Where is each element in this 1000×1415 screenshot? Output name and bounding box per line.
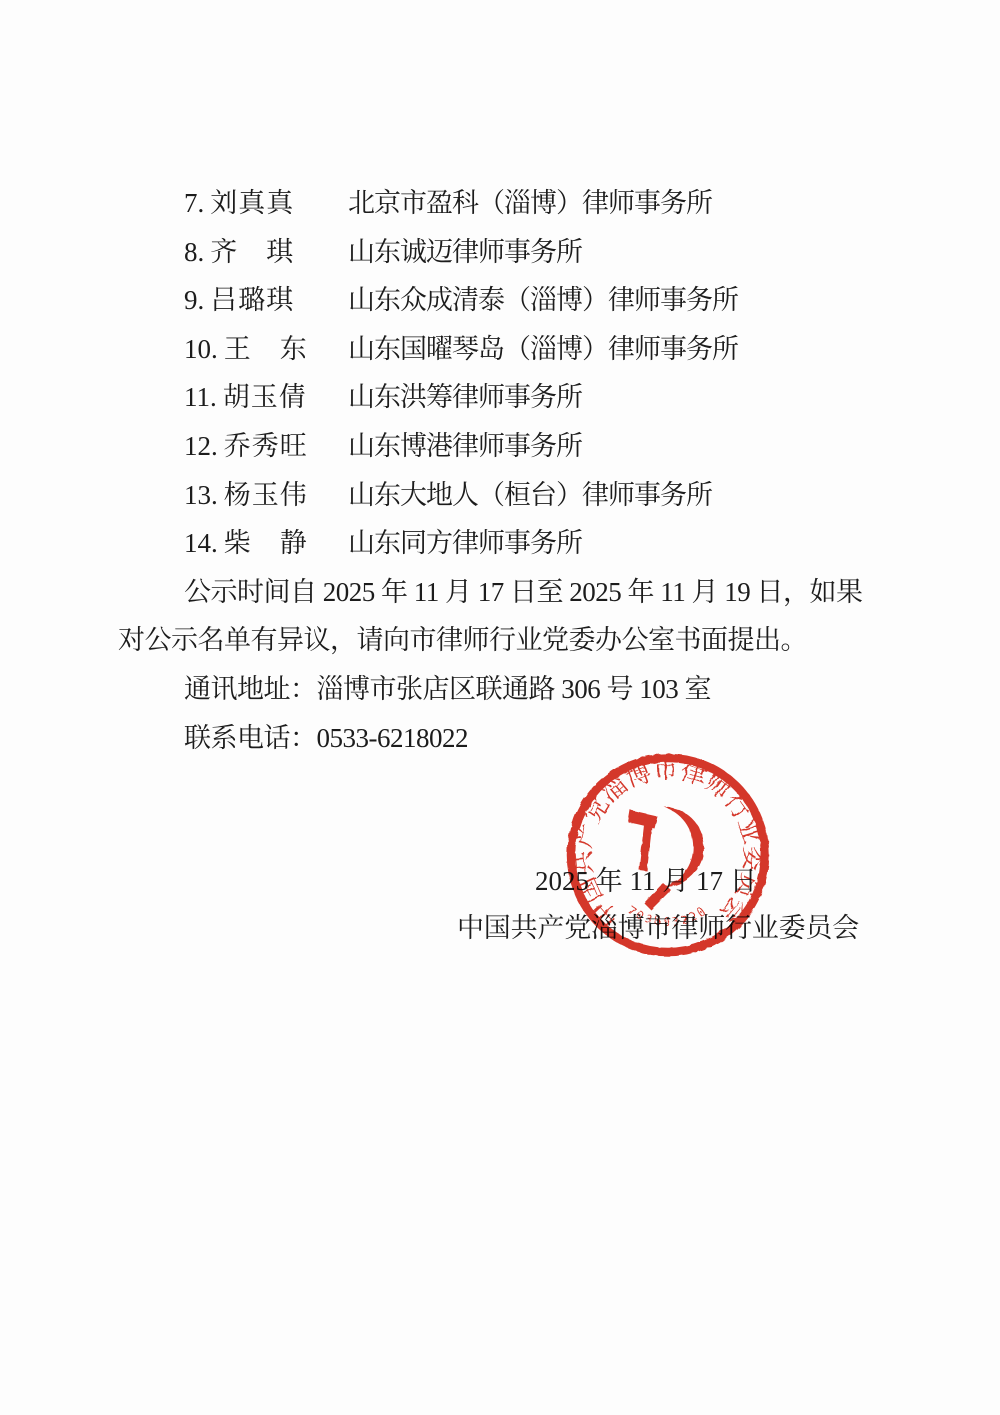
item-firm: 北京市盈科（淄博）律师事务所 (348, 179, 884, 228)
item-firm: 山东众成清泰（淄博）律师事务所 (348, 276, 884, 325)
item-number: 12. (184, 422, 218, 471)
document-page: 7.刘真真北京市盈科（淄博）律师事务所 8.齐 琪山东诚迈律师事务所 9.吕璐琪… (0, 0, 1000, 1415)
item-number: 11. (184, 373, 217, 422)
list-item: 7.刘真真北京市盈科（淄博）律师事务所 (118, 179, 884, 228)
list-item: 13.杨玉伟山东大地人（桓台）律师事务所 (118, 471, 884, 520)
item-name: 胡玉倩 (223, 373, 307, 422)
item-name: 柴 静 (224, 519, 308, 568)
list-item: 12.乔秀旺山东博港律师事务所 (118, 422, 884, 471)
item-name: 吕璐琪 (210, 276, 294, 325)
item-name: 齐 琪 (210, 228, 294, 277)
item-name: 乔秀旺 (224, 422, 308, 471)
item-number: 14. (184, 519, 218, 568)
list-item: 11.胡玉倩山东洪筹律师事务所 (118, 373, 884, 422)
item-number: 7. (184, 179, 204, 228)
list-item: 10.王 东山东国曜琴岛（淄博）律师事务所 (118, 325, 884, 374)
item-number: 13. (184, 471, 218, 520)
item-name: 王 东 (224, 325, 308, 374)
item-firm: 山东大地人（桓台）律师事务所 (348, 471, 884, 520)
item-name: 刘真真 (210, 179, 294, 228)
contact-address: 通讯地址：淄博市张店区联通路 306 号 103 室 (118, 665, 884, 714)
item-number: 10. (184, 325, 218, 374)
item-firm: 山东洪筹律师事务所 (348, 373, 884, 422)
item-number: 9. (184, 276, 204, 325)
item-firm: 山东诚迈律师事务所 (348, 228, 884, 277)
list-item: 14.柴 静山东同方律师事务所 (118, 519, 884, 568)
seal-serial: 703003220 (626, 904, 710, 929)
item-firm: 山东同方律师事务所 (348, 519, 884, 568)
hammer-sickle-icon (628, 807, 704, 910)
notice-line-1: 公示时间自 2025 年 11 月 17 日至 2025 年 11 月 19 日… (118, 568, 884, 617)
item-name: 杨玉伟 (224, 471, 308, 520)
item-number: 8. (184, 228, 204, 277)
seal-ring-text: 中国共产党淄博市律师行业委员会 (567, 755, 768, 933)
document-body: 7.刘真真北京市盈科（淄博）律师事务所 8.齐 琪山东诚迈律师事务所 9.吕璐琪… (118, 179, 884, 762)
item-firm: 山东国曜琴岛（淄博）律师事务所 (348, 325, 884, 374)
notice-line-2: 对公示名单有异议，请向市律师行业党委办公室书面提出。 (118, 616, 884, 665)
list-item: 8.齐 琪山东诚迈律师事务所 (118, 228, 884, 277)
item-firm: 山东博港律师事务所 (348, 422, 884, 471)
official-seal: 中国共产党淄博市律师行业委员会 703003220 (563, 750, 773, 960)
list-item: 9.吕璐琪山东众成清泰（淄博）律师事务所 (118, 276, 884, 325)
